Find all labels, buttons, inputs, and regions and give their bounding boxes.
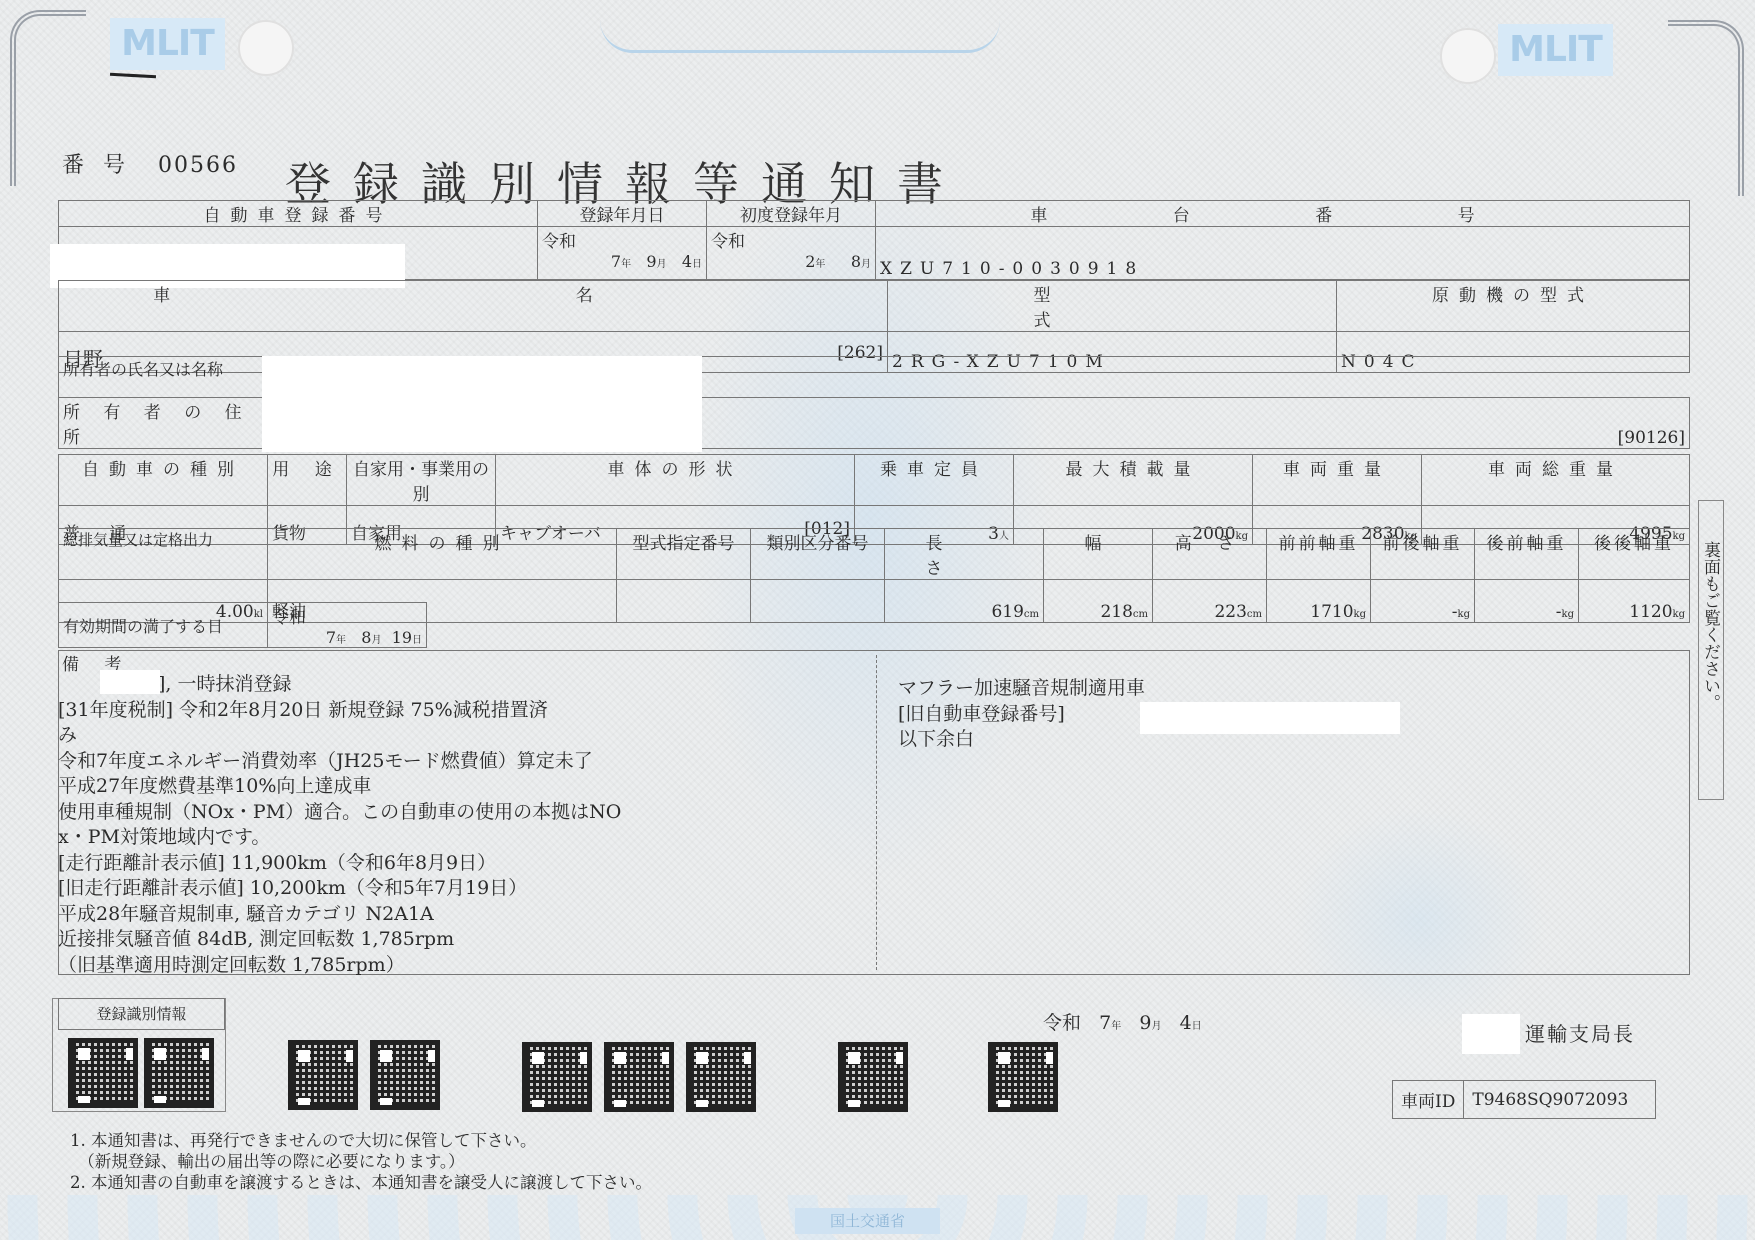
- document-number-value: 00566: [158, 153, 238, 178]
- qr-code-6-icon: [604, 1042, 674, 1112]
- remark-line: x・PM対策地域内です。: [58, 825, 878, 851]
- emblem-right-icon: [1440, 28, 1496, 84]
- remark-line: ], 一時抹消登録: [58, 672, 878, 698]
- rf-axle-label: 後前軸重: [1475, 529, 1579, 580]
- width-label: 幅: [1044, 529, 1153, 580]
- remark-line: み: [58, 723, 878, 749]
- category-value: [751, 580, 885, 623]
- remark-line: （旧基準適用時測定回転数 1,785rpm）: [58, 953, 878, 979]
- width-value: 218cm: [1044, 580, 1153, 623]
- note-line: （新規登録、輸出の届出等の際に必要になります。）: [70, 1151, 652, 1172]
- first-registration-value: 2年 8月: [711, 252, 871, 271]
- car-name-label: 車 名: [59, 281, 888, 332]
- height-label: 高 さ: [1153, 529, 1267, 580]
- qr-code-8-icon: [838, 1042, 908, 1112]
- redacted-owner-info: [262, 356, 702, 452]
- redacted-remark-prefix: [100, 670, 160, 694]
- top-ornament-icon: [600, 20, 1000, 53]
- remarks-left: ], 一時抹消登録[31年度税制] 令和2年8月20日 新規登録 75%減税措置…: [58, 672, 878, 978]
- mlit-logo-right: MLIT: [1498, 24, 1613, 76]
- registration-number-label: 自動車登録番号: [59, 201, 538, 227]
- chassis-number-value: XZU710-0030918: [876, 227, 1690, 280]
- capacity-label: 乗車定員: [855, 455, 1014, 506]
- remark-line-right: [旧自動車登録番号]: [898, 702, 1145, 728]
- rf-axle-value: -kg: [1475, 580, 1579, 623]
- length-value: 619cm: [885, 580, 1044, 623]
- owner-name-label: 所有者の氏名又は名称: [59, 357, 268, 398]
- fuel-label: 燃料の種別: [268, 529, 617, 580]
- qr-code-5-icon: [522, 1042, 592, 1112]
- redacted-office-name: [1462, 1014, 1520, 1054]
- redacted-old-registration-number: [1140, 702, 1400, 734]
- vehicle-weight-label: 車両重量: [1253, 455, 1422, 506]
- fr-axle-value: -kg: [1371, 580, 1475, 623]
- expiry-date: 7年 8月 19日: [272, 628, 422, 647]
- ministry-logo: 国土交通省: [795, 1208, 940, 1234]
- owner-address-label: 所 有 者 の 住 所: [59, 398, 268, 449]
- remarks-right: マフラー加速騒音規制適用車[旧自動車登録番号]以下余白: [898, 676, 1145, 753]
- max-load-label: 最大積載量: [1014, 455, 1253, 506]
- height-value: 223cm: [1153, 580, 1267, 623]
- notes: 1. 本通知書は、再発行できませんので大切に保管して下さい。 （新規登録、輸出の…: [70, 1130, 652, 1193]
- expiry-table: 有効期間の満了する日 令和 7年 8月 19日: [58, 602, 427, 648]
- first-registration-cell: 令和 2年 8月: [707, 227, 876, 280]
- type-designation-value: [617, 580, 751, 623]
- ff-axle-value: 1710kg: [1267, 580, 1371, 623]
- note-line: 2. 本通知書の自動車を譲渡するときは、本通知書を譲受人に譲渡して下さい。: [70, 1172, 652, 1193]
- registration-date-cell: 令和 7年 9月 4日: [538, 227, 707, 280]
- body-shape-label: 車体の形状: [496, 455, 855, 506]
- vehicle-id-value: T9468SQ9072093: [1464, 1081, 1656, 1119]
- vehicle-type-label: 自動車の種別: [59, 455, 268, 506]
- qr-code-7-icon: [686, 1042, 756, 1112]
- category-label: 類別区分番号: [751, 529, 885, 580]
- qr-code-2-icon: [144, 1038, 214, 1108]
- private-business-label: 自家用・事業用の別: [347, 455, 496, 506]
- remark-line-right: 以下余白: [898, 727, 1145, 753]
- engine-model-label: 原動機の型式: [1337, 281, 1690, 332]
- issuer-title: 運輸支局長: [1525, 1018, 1635, 1047]
- chassis-number-label: 車 台 番 号: [876, 201, 1690, 227]
- length-label: 長 さ: [885, 529, 1044, 580]
- rr-axle-value: 1120kg: [1579, 580, 1690, 623]
- rr-axle-label: 後後軸重: [1579, 529, 1690, 580]
- gross-weight-label: 車両総重量: [1422, 455, 1690, 506]
- document-number: 番 号 00566: [62, 148, 238, 179]
- vehicle-id-box: 車両ID T9468SQ9072093: [1392, 1080, 1656, 1119]
- remark-line: 近接排気騒音値 84dB, 測定回転数 1,785rpm: [58, 927, 878, 953]
- qr-code-3-icon: [288, 1040, 358, 1110]
- qr-code-4-icon: [370, 1040, 440, 1110]
- expiry-cell: 令和 7年 8月 19日: [268, 603, 427, 648]
- remark-line: 平成27年度燃費基準10%向上達成車: [58, 774, 878, 800]
- model-label: 型 式: [888, 281, 1337, 332]
- registration-date-label: 登録年月日: [538, 201, 707, 227]
- remark-line: [31年度税制] 令和2年8月20日 新規登録 75%減税措置済: [58, 698, 878, 724]
- remark-line: [旧走行距離計表示値] 10,200km（令和5年7月19日）: [58, 876, 878, 902]
- registration-date-value: 7年 9月 4日: [542, 252, 702, 271]
- use-label: 用 途: [268, 455, 347, 506]
- fr-axle-label: 前後軸重: [1371, 529, 1475, 580]
- mlit-logo-left: MLIT: [110, 18, 225, 70]
- remark-line-right: マフラー加速騒音規制適用車: [898, 676, 1145, 702]
- see-reverse-note: 裏面もご覧ください。: [1698, 500, 1724, 800]
- ff-axle-label: 前前軸重: [1267, 529, 1371, 580]
- qr-code-9-icon: [988, 1042, 1058, 1112]
- remark-line: 令和7年度エネルギー消費効率（JH25モード燃費値）算定未了: [58, 749, 878, 775]
- remark-line: 平成28年騒音規制車, 騒音カテゴリ N2A1A: [58, 902, 878, 928]
- qr-section-label: 登録識別情報: [58, 998, 225, 1030]
- displacement-label: 総排気量又は定格出力: [59, 529, 268, 580]
- type-designation-label: 型式指定番号: [617, 529, 751, 580]
- first-registration-era: 令和: [711, 227, 871, 252]
- remark-line: 使用車種規制（NOx・PM）適合。この自動車の使用の本拠はNO: [58, 800, 878, 826]
- note-line: 1. 本通知書は、再発行できませんので大切に保管して下さい。: [70, 1130, 652, 1151]
- qr-code-1-icon: [68, 1038, 138, 1108]
- vehicle-id-label: 車両ID: [1393, 1081, 1464, 1119]
- expiry-era: 令和: [272, 603, 422, 628]
- issue-date: 令和 7年 9月 4日: [1043, 1008, 1202, 1035]
- first-registration-label: 初度登録年月: [707, 201, 876, 227]
- document-number-label: 番 号: [62, 153, 131, 178]
- corner-ornament-right-icon: [1668, 20, 1744, 196]
- emblem-left-icon: [238, 20, 294, 76]
- expiry-label: 有効期間の満了する日: [59, 603, 268, 648]
- registration-date-era: 令和: [542, 227, 702, 252]
- owner-code: [90126]: [1618, 428, 1685, 448]
- remark-line: [走行距離計表示値] 11,900km（令和6年8月9日）: [58, 851, 878, 877]
